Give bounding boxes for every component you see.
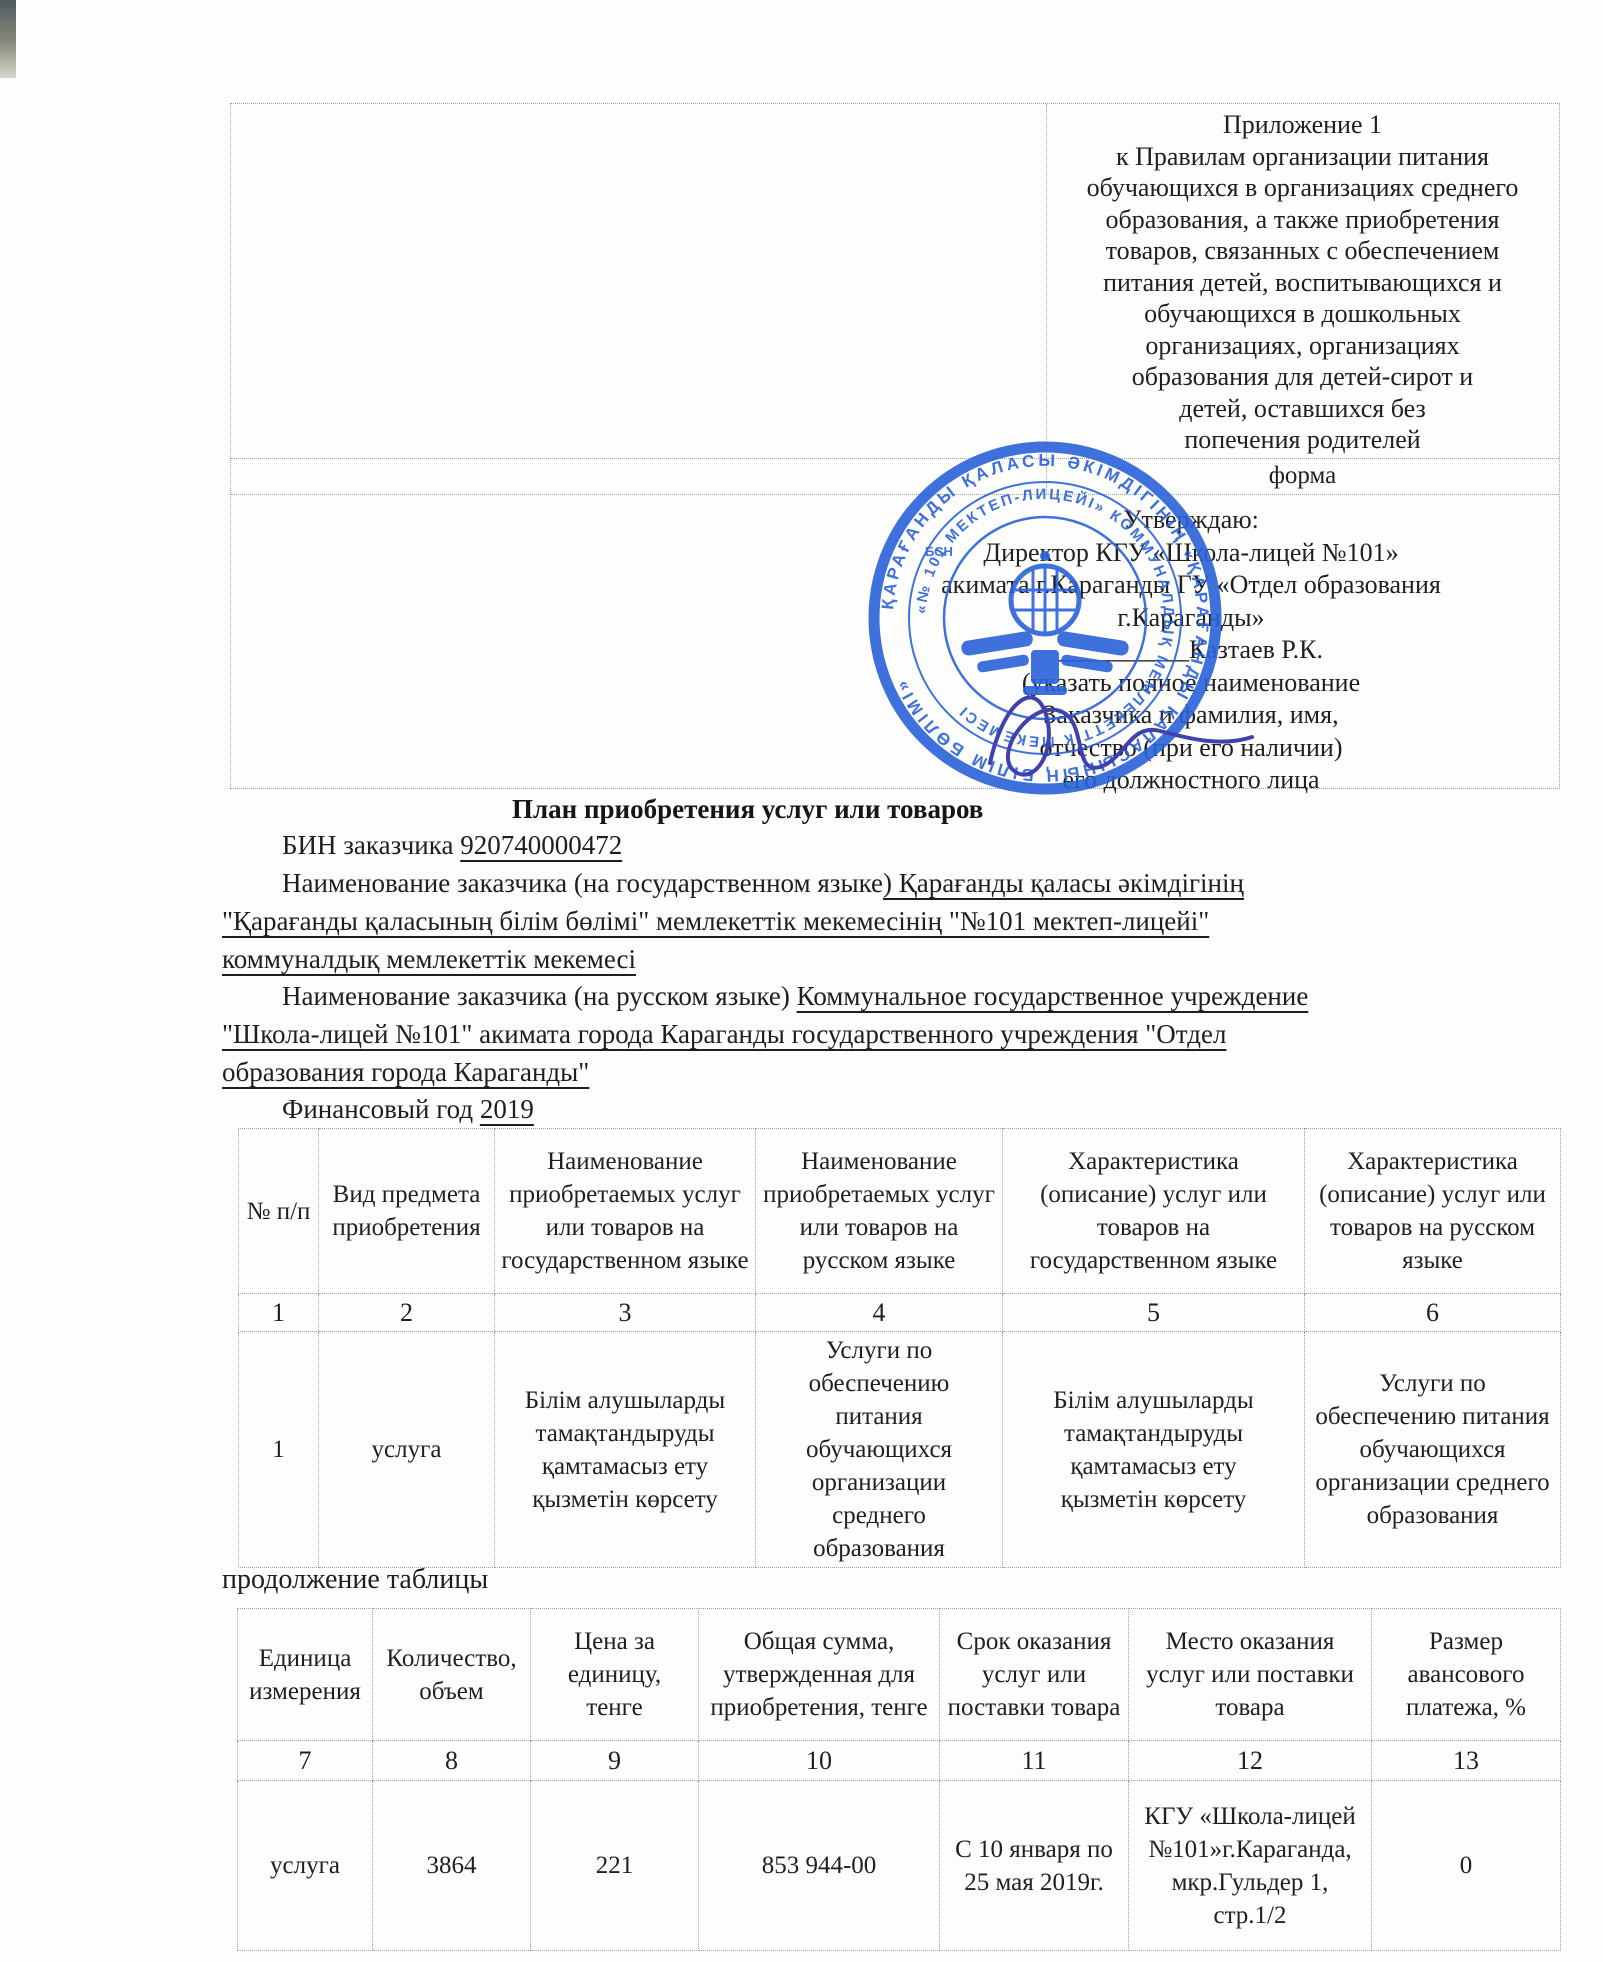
t2-data-cell: С 10 января по 25 мая 2019г. [940,1781,1129,1951]
stamp-bsn-label: БСН [925,544,953,559]
procurement-table-2: Единица измерения Количество, объем Цена… [237,1608,1561,1951]
table-continuation-label: продолжение таблицы [222,1564,488,1596]
bin-line: БИН заказчика 920740000472 [282,826,622,864]
t1-number-cell: 2 [319,1294,495,1332]
t2-number-cell: 10 [699,1741,940,1781]
t2-data-row: услуга 3864 221 853 944-00 С 10 января п… [238,1781,1561,1951]
t2-header-cell: Размер авансового платежа, % [1372,1609,1561,1741]
customer-ru-value2: "Школа-лицей №101" акимата города Карага… [222,1019,1226,1049]
t1-data-cell: Услуги по обеспечению питания обучающихс… [1305,1332,1561,1568]
t2-data-cell: КГУ «Школа-лицей №101»г.Караганда, мкр.Г… [1129,1781,1372,1951]
t2-data-cell: 853 944-00 [699,1781,940,1951]
customer-kz-value2: "Қарағанды қаласының білім бөлімі" мемле… [222,906,1209,936]
fin-year-value: 2019 [480,1094,534,1124]
t2-header-cell: Цена за единицу, тенге [531,1609,699,1741]
procurement-table-1: № п/п Вид предмета приобретения Наименов… [238,1128,1561,1568]
t1-header-cell: Вид предмета приобретения [319,1129,495,1294]
t2-number-cell: 13 [1372,1741,1561,1781]
customer-kz-line1: Наименование заказчика (на государственн… [282,864,1244,902]
t2-header-cell: Срок оказания услуг или поставки товара [940,1609,1129,1741]
t1-data-cell: Білім алушыларды тамақтандыруды қамтамас… [1003,1332,1305,1568]
t1-data-cell: 1 [239,1332,319,1568]
t1-header-cell: Характеристика (описание) услуг или това… [1305,1129,1561,1294]
bin-value: 920740000472 [460,830,622,860]
bin-label: БИН заказчика [282,830,460,860]
t1-data-cell: услуга [319,1332,495,1568]
t1-header-cell: Наименование приобретаемых услуг или тов… [495,1129,756,1294]
t2-data-cell: 0 [1372,1781,1561,1951]
customer-ru-line1: Наименование заказчика (на русском языке… [282,977,1308,1015]
t1-header-row: № п/п Вид предмета приобретения Наименов… [239,1129,1561,1294]
appendix-note: Приложение 1к Правилам организации питан… [1046,109,1559,456]
t1-number-cell: 6 [1305,1294,1561,1332]
t2-data-cell: 221 [531,1781,699,1951]
customer-ru-line3: образования города Караганды" [222,1053,589,1091]
t2-data-cell: услуга [238,1781,373,1951]
signature [960,655,1280,815]
fin-year-label: Финансовый год [282,1094,480,1124]
customer-ru-value: Коммунальное государственное учреждение [797,981,1309,1011]
t1-number-cell: 3 [495,1294,756,1332]
scan-artifact [0,0,16,78]
fin-year-line: Финансовый год 2019 [282,1090,534,1128]
t2-number-cell: 11 [940,1741,1129,1781]
t2-number-cell: 12 [1129,1741,1372,1781]
t1-number-cell: 1 [239,1294,319,1332]
t1-header-cell: Характеристика (описание) услуг или това… [1003,1129,1305,1294]
t1-header-cell: № п/п [239,1129,319,1294]
t2-header-cell: Общая сумма, утвержденная для приобретен… [699,1609,940,1741]
customer-ru-label: Наименование заказчика (на русском языке… [282,981,797,1011]
customer-ru-line2: "Школа-лицей №101" акимата города Карага… [222,1015,1226,1053]
t1-number-cell: 4 [756,1294,1003,1332]
page-title: План приобретения услуг или товаров [512,790,983,828]
customer-kz-value: ) Қарағанды қаласы әкімдігінің [883,868,1244,898]
t2-header-cell: Место оказания услуг или поставки товара [1129,1609,1372,1741]
customer-kz-line3: коммуналдық мемлекеттік мекемесі [222,940,636,978]
t1-data-cell: Услуги по обеспечению питания обучающихс… [756,1332,1003,1568]
t2-number-row: 7 8 9 10 11 12 13 [238,1741,1561,1781]
t1-number-row: 1 2 3 4 5 6 [239,1294,1561,1332]
t2-data-cell: 3864 [373,1781,531,1951]
customer-ru-value3: образования города Караганды" [222,1057,589,1087]
t1-data-row: 1 услуга Білім алушыларды тамақтандыруды… [239,1332,1561,1568]
t2-number-cell: 7 [238,1741,373,1781]
t2-header-cell: Единица измерения [238,1609,373,1741]
t2-header-row: Единица измерения Количество, объем Цена… [238,1609,1561,1741]
customer-kz-value3: коммуналдық мемлекеттік мекемесі [222,944,636,974]
customer-kz-line2: "Қарағанды қаласының білім бөлімі" мемле… [222,902,1209,940]
document-page: Приложение 1к Правилам организации питан… [0,0,1603,1962]
t1-header-cell: Наименование приобретаемых услуг или тов… [756,1129,1003,1294]
t1-data-cell: Білім алушыларды тамақтандыруды қамтамас… [495,1332,756,1568]
t2-header-cell: Количество, объем [373,1609,531,1741]
t2-number-cell: 9 [531,1741,699,1781]
signature-stroke [990,698,1252,775]
t1-number-cell: 5 [1003,1294,1305,1332]
customer-kz-label: Наименование заказчика (на государственн… [282,868,883,898]
t2-number-cell: 8 [373,1741,531,1781]
